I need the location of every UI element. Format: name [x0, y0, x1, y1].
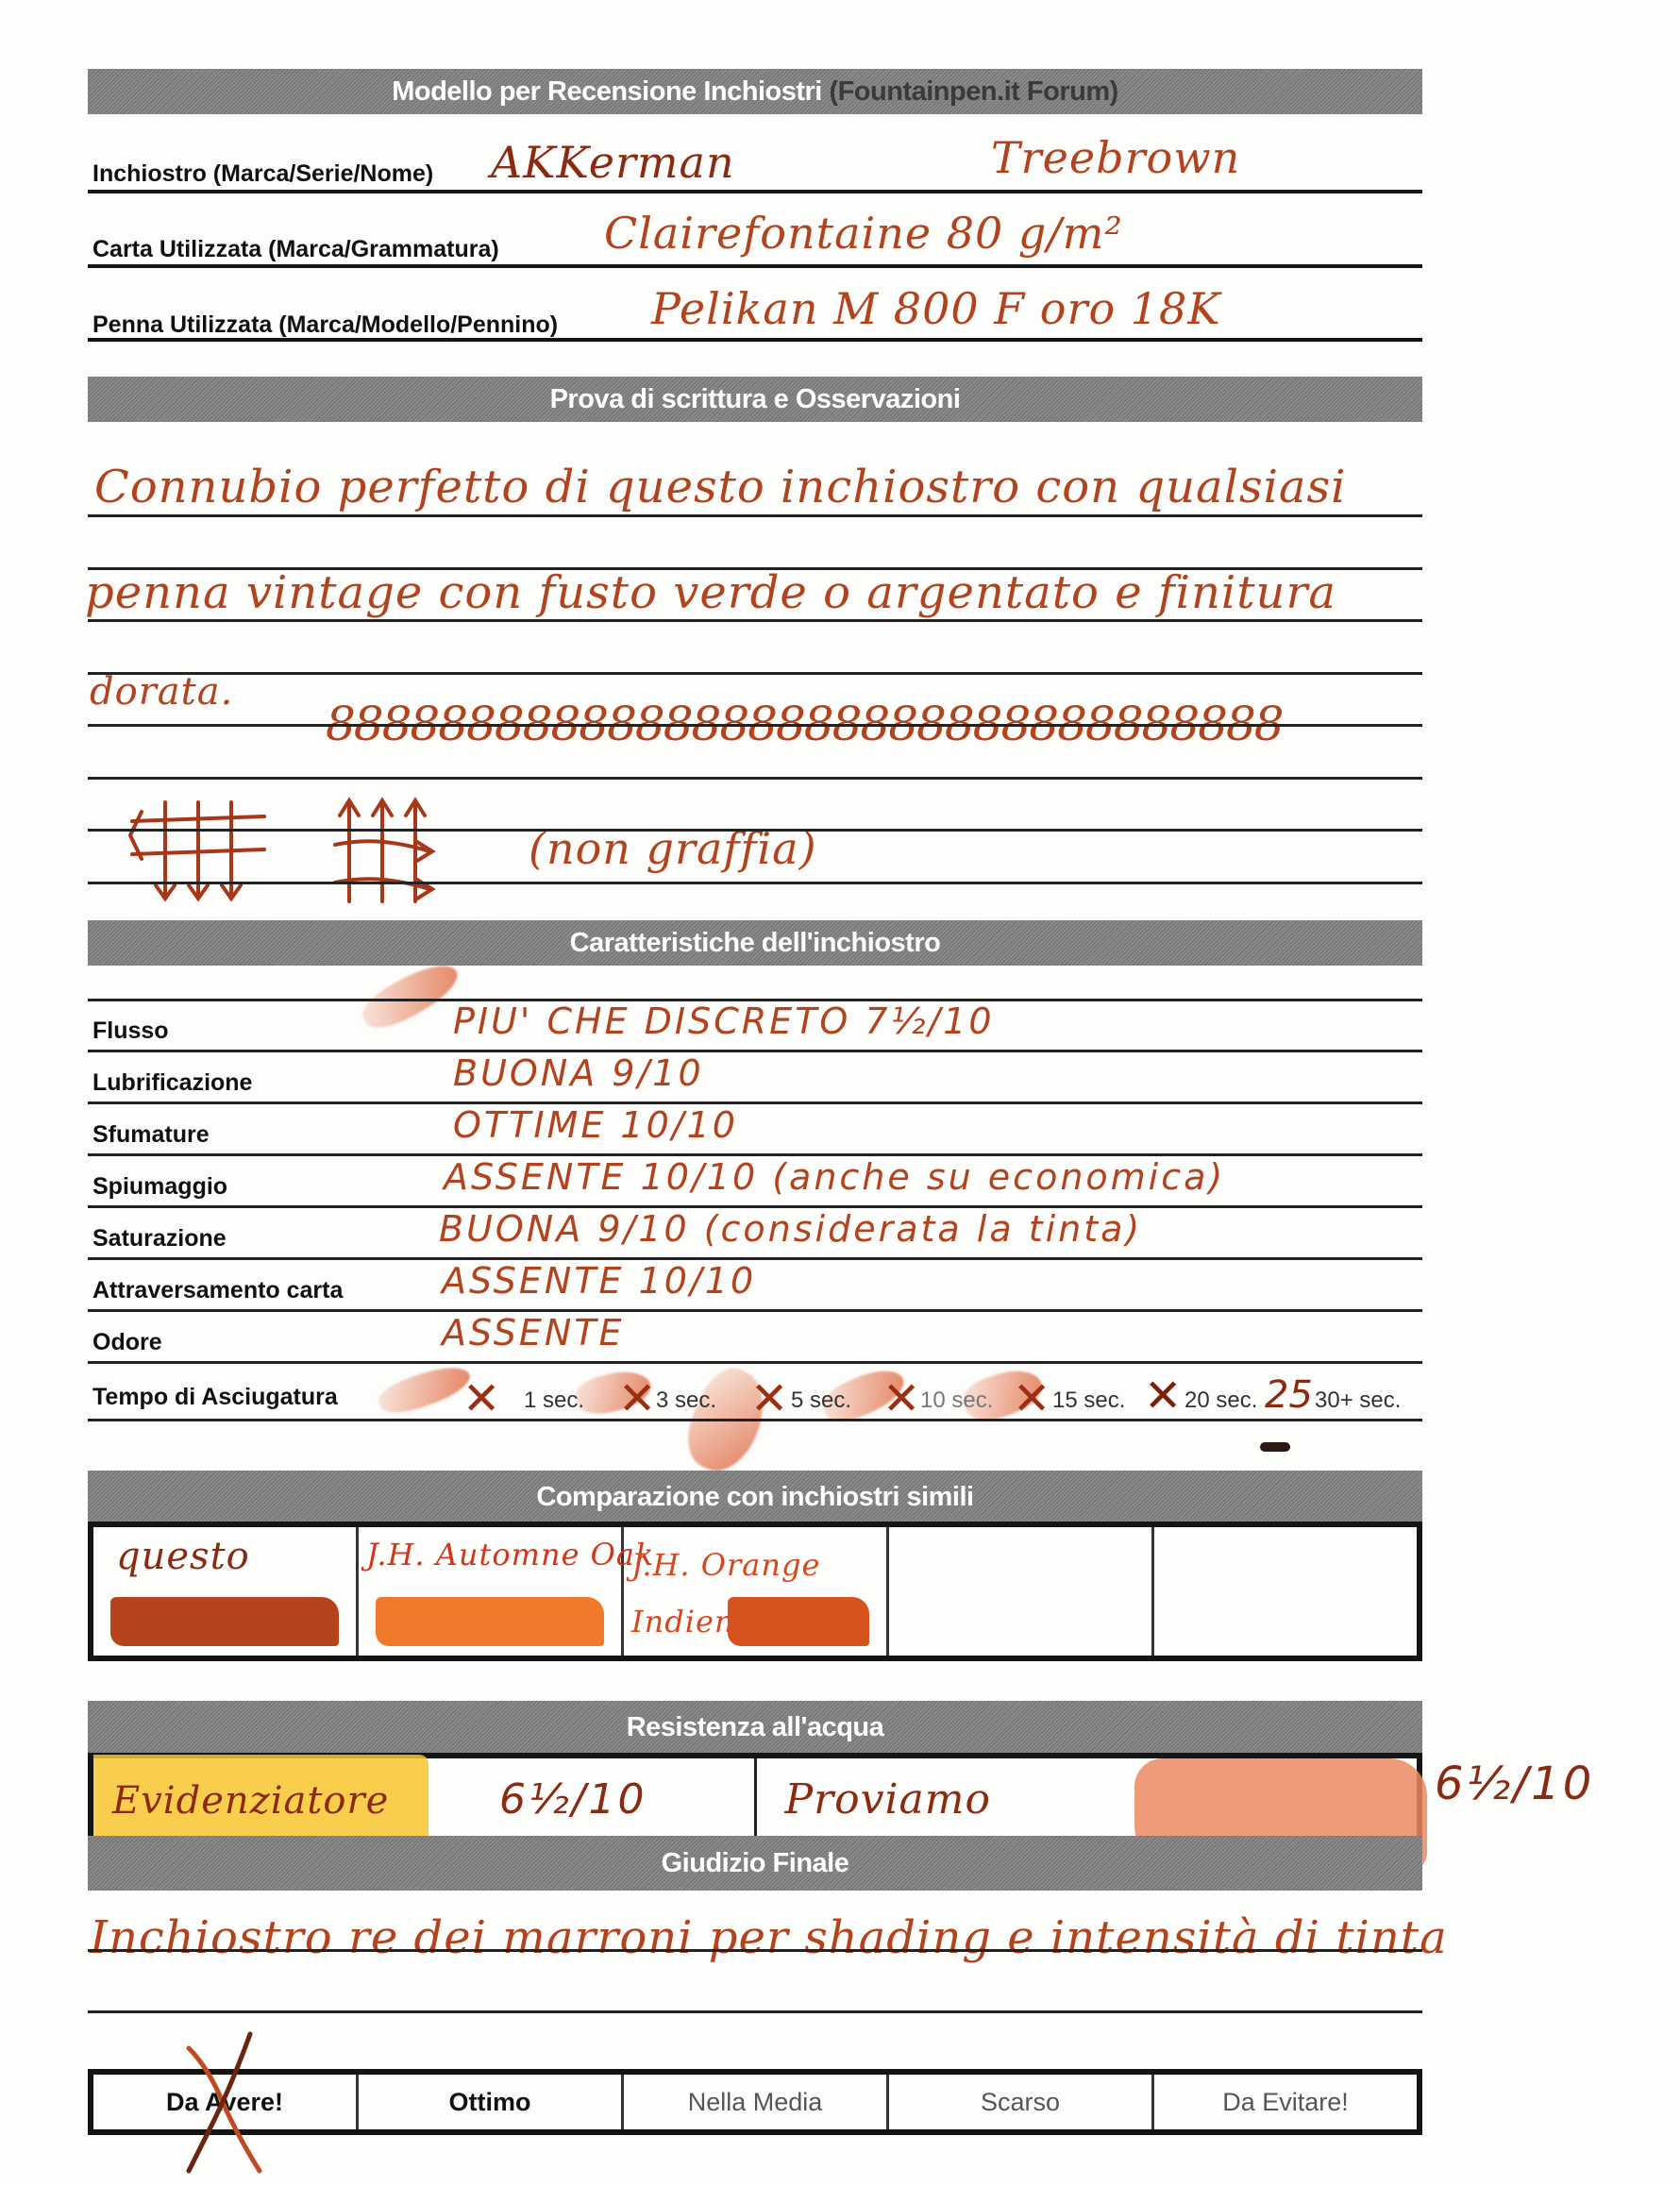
comparison-cell-1: questo: [93, 1527, 359, 1656]
water-test-drip: Proviamo: [757, 1758, 1418, 1841]
drying-option-1s[interactable]: 1 sec.: [524, 1387, 584, 1414]
characteristics-bar: Caratteristiche dell'inchiostro: [88, 920, 1422, 966]
rating-scarso[interactable]: Scarso: [889, 2075, 1154, 2129]
final-comment: Inchiostro re dei marroni per shading e …: [90, 1911, 1448, 1964]
writing-test-bar: Prova di scrittura e Osservazioni: [88, 377, 1422, 422]
drying-option-15s[interactable]: 15 sec.: [1052, 1387, 1125, 1414]
ink-brand-value: AKKerman: [491, 137, 735, 188]
char-rule: [88, 1050, 1422, 1052]
rating-label: Ottimo: [449, 2088, 531, 2117]
comparison-label: J.H. Automne Oak: [366, 1537, 654, 1572]
ink-label: Inchiostro (Marca/Serie/Nome): [92, 160, 433, 188]
char-value-attraversamento: ASSENTE 10/10: [442, 1260, 756, 1302]
crossed-out-mark-icon: ✕: [1013, 1376, 1050, 1421]
water-test-1-label: Evidenziatore: [112, 1779, 389, 1823]
char-rule: [88, 1361, 1422, 1364]
rating-label: Da Evitare!: [1222, 2088, 1349, 2117]
water-test-highlighter: Evidenziatore 6½/10: [93, 1758, 757, 1841]
char-label-saturazione: Saturazione: [92, 1225, 227, 1253]
pen-dot-mark: [1260, 1442, 1290, 1452]
char-label-odore: Odore: [92, 1329, 162, 1356]
comparison-bar: Comparazione con inchiostri simili: [88, 1471, 1422, 1523]
pen-label: Penna Utilizzata (Marca/Modello/Pennino): [92, 311, 558, 339]
comparison-cell-2: J.H. Automne Oak: [359, 1527, 624, 1656]
crossed-out-mark-icon: ✕: [750, 1376, 788, 1421]
paper-rule: [88, 264, 1422, 268]
char-label-sfumature: Sfumature: [92, 1121, 210, 1149]
water-test-2-score: 6½/10: [1435, 1757, 1594, 1810]
water-resistance-title: Resistenza all'acqua: [627, 1712, 884, 1743]
rating-label: Scarso: [981, 2088, 1060, 2117]
ink-swatch: [728, 1597, 869, 1646]
ink-name-value: Treebrown: [991, 132, 1240, 183]
ink-swatch: [110, 1597, 339, 1646]
water-resistance-box: Evidenziatore 6½/10 Proviamo: [88, 1753, 1422, 1847]
final-rating-row: Da Avere! Ottimo Nella Media Scarso Da E…: [88, 2069, 1422, 2135]
drying-option-5s[interactable]: 5 sec.: [791, 1387, 851, 1414]
comparison-label: questo: [116, 1535, 250, 1578]
paper-label: Carta Utilizzata (Marca/Grammatura): [92, 236, 499, 263]
form-title: Modello per Recensione Inchiostri: [392, 76, 822, 108]
comparison-cell-4: [889, 1527, 1154, 1656]
selected-cross-mark-icon: [170, 2029, 274, 2180]
writing-rule: [88, 672, 1422, 675]
drying-handwritten-value: 25: [1265, 1373, 1313, 1417]
crossed-out-mark-icon: ✕: [462, 1376, 500, 1421]
drying-option-10s[interactable]: 10 sec.: [920, 1387, 993, 1414]
drying-option-30s[interactable]: 30+ sec.: [1315, 1387, 1401, 1414]
rating-da-evitare[interactable]: Da Evitare!: [1154, 2075, 1417, 2129]
characteristics-title: Caratteristiche dell'inchiostro: [570, 928, 941, 959]
writing-line-1: Connubio perfetto di questo inchiostro c…: [94, 461, 1347, 513]
drying-smear: [375, 1358, 475, 1421]
ink-swab-smear: [356, 953, 464, 1038]
drying-option-20s[interactable]: 20 sec.: [1184, 1387, 1257, 1414]
comparison-title: Comparazione con inchiostri simili: [536, 1482, 973, 1513]
crossed-out-mark-icon: ✕: [1144, 1373, 1182, 1419]
final-judgement-bar: Giudizio Finale: [88, 1836, 1422, 1891]
final-rule: [88, 2010, 1422, 2013]
comparison-cell-5: [1154, 1527, 1417, 1656]
writing-rule: [88, 619, 1422, 622]
writing-line-3: dorata.: [90, 670, 233, 714]
rating-ottimo[interactable]: Ottimo: [359, 2075, 624, 2129]
form-title-bar: Modello per Recensione Inchiostri (Fount…: [88, 69, 1422, 114]
crossed-out-mark-icon: ✕: [882, 1376, 920, 1421]
ink-rule: [88, 190, 1422, 193]
water-test-2-label: Proviamo: [785, 1775, 992, 1824]
form-title-source: (Fountainpen.it Forum): [829, 76, 1117, 108]
paper-value: Clairefontaine 80 g/m²: [604, 208, 1123, 259]
writing-rule: [88, 724, 1422, 727]
char-rule: [88, 1101, 1422, 1104]
char-label-attraversamento: Attraversamento carta: [92, 1277, 343, 1304]
pen-value: Pelikan M 800 F oro 18K: [651, 283, 1221, 334]
ink-swatch: [376, 1597, 604, 1646]
char-value-lubrificazione: BUONA 9/10: [453, 1052, 704, 1094]
char-value-spiumaggio: ASSENTE 10/10 (anche su economica): [444, 1156, 1225, 1198]
crossed-out-mark-icon: ✕: [618, 1376, 656, 1421]
writing-test-title: Prova di scrittura e Osservazioni: [550, 384, 961, 415]
comparison-grid: questo J.H. Automne Oak J.H. Orange Indi…: [88, 1522, 1422, 1661]
water-test-1-score: 6½/10: [499, 1775, 647, 1824]
char-rule: [88, 1309, 1422, 1312]
char-label-lubrificazione: Lubrificazione: [92, 1069, 252, 1097]
rating-label: Nella Media: [688, 2088, 823, 2117]
char-value-flusso: PIU' CHE DISCRETO 7½/10: [453, 1001, 995, 1042]
writing-rule: [88, 882, 1422, 884]
drying-label: Tempo di Asciugatura: [92, 1384, 338, 1411]
writing-rule: [88, 777, 1422, 780]
final-judgement-title: Giudizio Finale: [662, 1848, 849, 1879]
writing-rule: [88, 514, 1422, 517]
arrows-drawing-icon: [113, 783, 491, 925]
char-label-flusso: Flusso: [92, 1017, 169, 1045]
char-value-saturazione: BUONA 9/10 (considerata la tinta): [439, 1208, 1142, 1250]
char-value-sfumature: OTTIME 10/10: [453, 1104, 738, 1146]
char-value-odore: ASSENTE: [442, 1312, 625, 1354]
pen-rule: [88, 338, 1422, 342]
char-rule: [88, 1419, 1422, 1421]
drying-option-3s[interactable]: 3 sec.: [656, 1387, 716, 1414]
water-resistance-bar: Resistenza all'acqua: [88, 1701, 1422, 1754]
char-label-spiumaggio: Spiumaggio: [92, 1173, 227, 1201]
writing-rule: [88, 829, 1422, 832]
writing-line-2: penna vintage con fusto verde o argentat…: [85, 566, 1336, 619]
comparison-cell-3: J.H. Orange Indien: [624, 1527, 889, 1656]
final-rule: [88, 1949, 1422, 1952]
writing-rule: [88, 567, 1422, 570]
rating-nella-media[interactable]: Nella Media: [624, 2075, 889, 2129]
